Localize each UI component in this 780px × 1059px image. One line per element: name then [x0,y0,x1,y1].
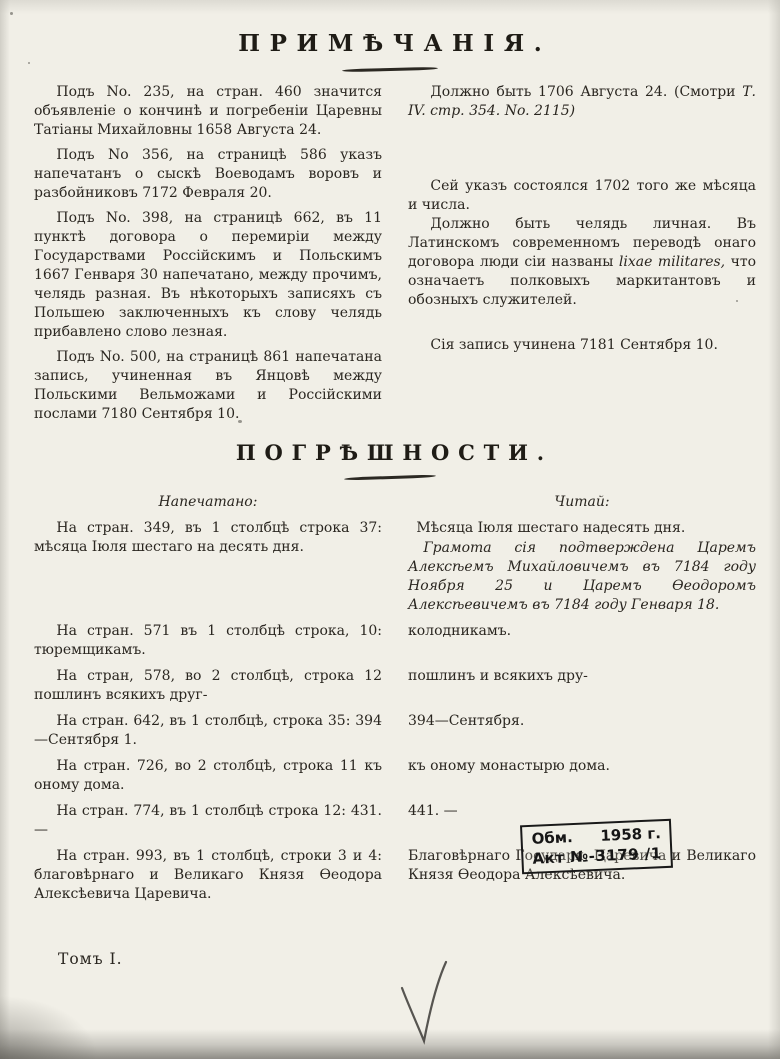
scan-speck [10,12,13,15]
decorative-rule [342,67,438,73]
note-paragraph: Должно быть 1706 Августа 24. (Смотри Т. … [408,83,756,121]
errata-row: На стран. 726, во 2 столбцѣ, строка 11 к… [34,757,756,795]
stamp-act-number: Акт №-3179 /1 [532,843,662,869]
note-paragraph: Сей указъ состоялся 1702 того же мѣсяца … [408,177,756,215]
errata-row: На стран. 571 въ 1 столбцѣ строка, 10: т… [34,622,756,660]
scanned-book-page: ПРИМѢЧАНІЯ. Подъ No. 235, на стран. 460 … [0,0,780,1059]
errata-row: На стран. 642, въ 1 столбцѣ, строка 35: … [34,712,756,750]
errata-read-cell: Мѣсяца Іюля шестаго надесять дня. Грамот… [408,519,756,615]
errata-printed-text: На стран, 578, во 2 столбцѣ, строка 12 п… [34,667,382,705]
errata-read-text: пошлинъ и всякихъ дру- [408,668,588,684]
scan-speck [736,300,738,302]
note-paragraph: Подъ No. 398, на страницѣ 662, въ 11 пун… [34,209,382,342]
stamp-year: 1958 г. [600,823,661,846]
notes-columns: Подъ No. 235, на стран. 460 значится объ… [0,83,780,424]
errata-row: На стран. 349, въ 1 столбцѣ строка 37: м… [34,519,756,615]
decorative-rule [344,474,436,480]
errata-printed-cell: На стран. 774, въ 1 столбцѣ строка 12: 4… [34,802,382,840]
errata-printed-cell: На стран. 571 въ 1 столбцѣ строка, 10: т… [34,622,382,660]
library-exchange-stamp: Обм. 1958 г. Акт №-3179 /1 [520,819,673,875]
latin-term-italic: lixae militares, [619,254,725,270]
scan-speck [238,420,242,423]
note-paragraph: Подъ No 356, на страницѣ 586 указъ напеч… [34,146,382,203]
errata-read-cell: пошлинъ и всякихъ дру- [408,667,756,705]
errata-printed-cell: На стран. 349, въ 1 столбцѣ строка 37: м… [34,519,382,615]
pen-checkmark [378,942,462,1054]
errata-read-text: къ оному монастырю дома. [408,758,610,774]
scan-speck [28,62,30,64]
errata-printed-text: На стран. 993, въ 1 столбцѣ, строки 3 и … [34,847,382,904]
errata-printed-text: На стран. 774, въ 1 столбцѣ строка 12: 4… [34,802,382,840]
errata-read-note-italic: Грамота сія подтверждена Царемъ Алексѣем… [408,539,756,615]
errata-row: На стран, 578, во 2 столбцѣ, строка 12 п… [34,667,756,705]
errata-read-text: 441. — [408,803,458,819]
stamp-obm-label: Обм. [531,827,573,849]
errata-printed-text: На стран. 349, въ 1 столбцѣ строка 37: м… [34,519,382,557]
note-paragraph: Подъ No. 235, на стран. 460 значится объ… [34,83,382,140]
errata-printed-cell: На стран. 726, во 2 столбцѣ, строка 11 к… [34,757,382,795]
errata-header-row: Напечатано: Читай: [34,493,756,512]
errata-read-cell: къ оному монастырю дома. [408,757,756,795]
errata-section-title: ПОГРѢШНОСТИ. [0,440,780,465]
errata-header-printed: Напечатано: [34,493,382,512]
errata-read-text: колодникамъ. [408,623,511,639]
notes-left-column: Подъ No. 235, на стран. 460 значится объ… [34,83,382,424]
note-text: Должно быть 1706 Августа 24. (Смотри [430,84,735,100]
errata-printed-text: На стран. 571 въ 1 столбцѣ строка, 10: т… [34,622,382,660]
note-paragraph: Должно быть челядь личная. Въ Латинскомъ… [408,215,756,310]
notes-right-column: Должно быть 1706 Августа 24. (Смотри Т. … [408,83,756,424]
errata-printed-cell: На стран. 993, въ 1 столбцѣ, строки 3 и … [34,847,382,904]
note-paragraph: Подъ No. 500, на страницѣ 861 напечатана… [34,348,382,424]
errata-read-text: Мѣсяца Іюля шестаго надесять дня. [408,519,756,538]
notes-section-title: ПРИМѢЧАНІЯ. [0,0,780,57]
errata-printed-text: На стран. 726, во 2 столбцѣ, строка 11 к… [34,757,382,795]
errata-read-cell: 394—Сентября. [408,712,756,750]
errata-read-text: 394—Сентября. [408,713,524,729]
errata-read-cell: колодникамъ. [408,622,756,660]
errata-printed-cell: На стран. 642, въ 1 столбцѣ, строка 35: … [34,712,382,750]
errata-printed-text: На стран. 642, въ 1 столбцѣ, строка 35: … [34,712,382,750]
errata-header-read: Читай: [408,493,756,512]
errata-printed-cell: На стран, 578, во 2 столбцѣ, строка 12 п… [34,667,382,705]
note-paragraph: Сія запись учинена 7181 Сентября 10. [408,336,756,355]
